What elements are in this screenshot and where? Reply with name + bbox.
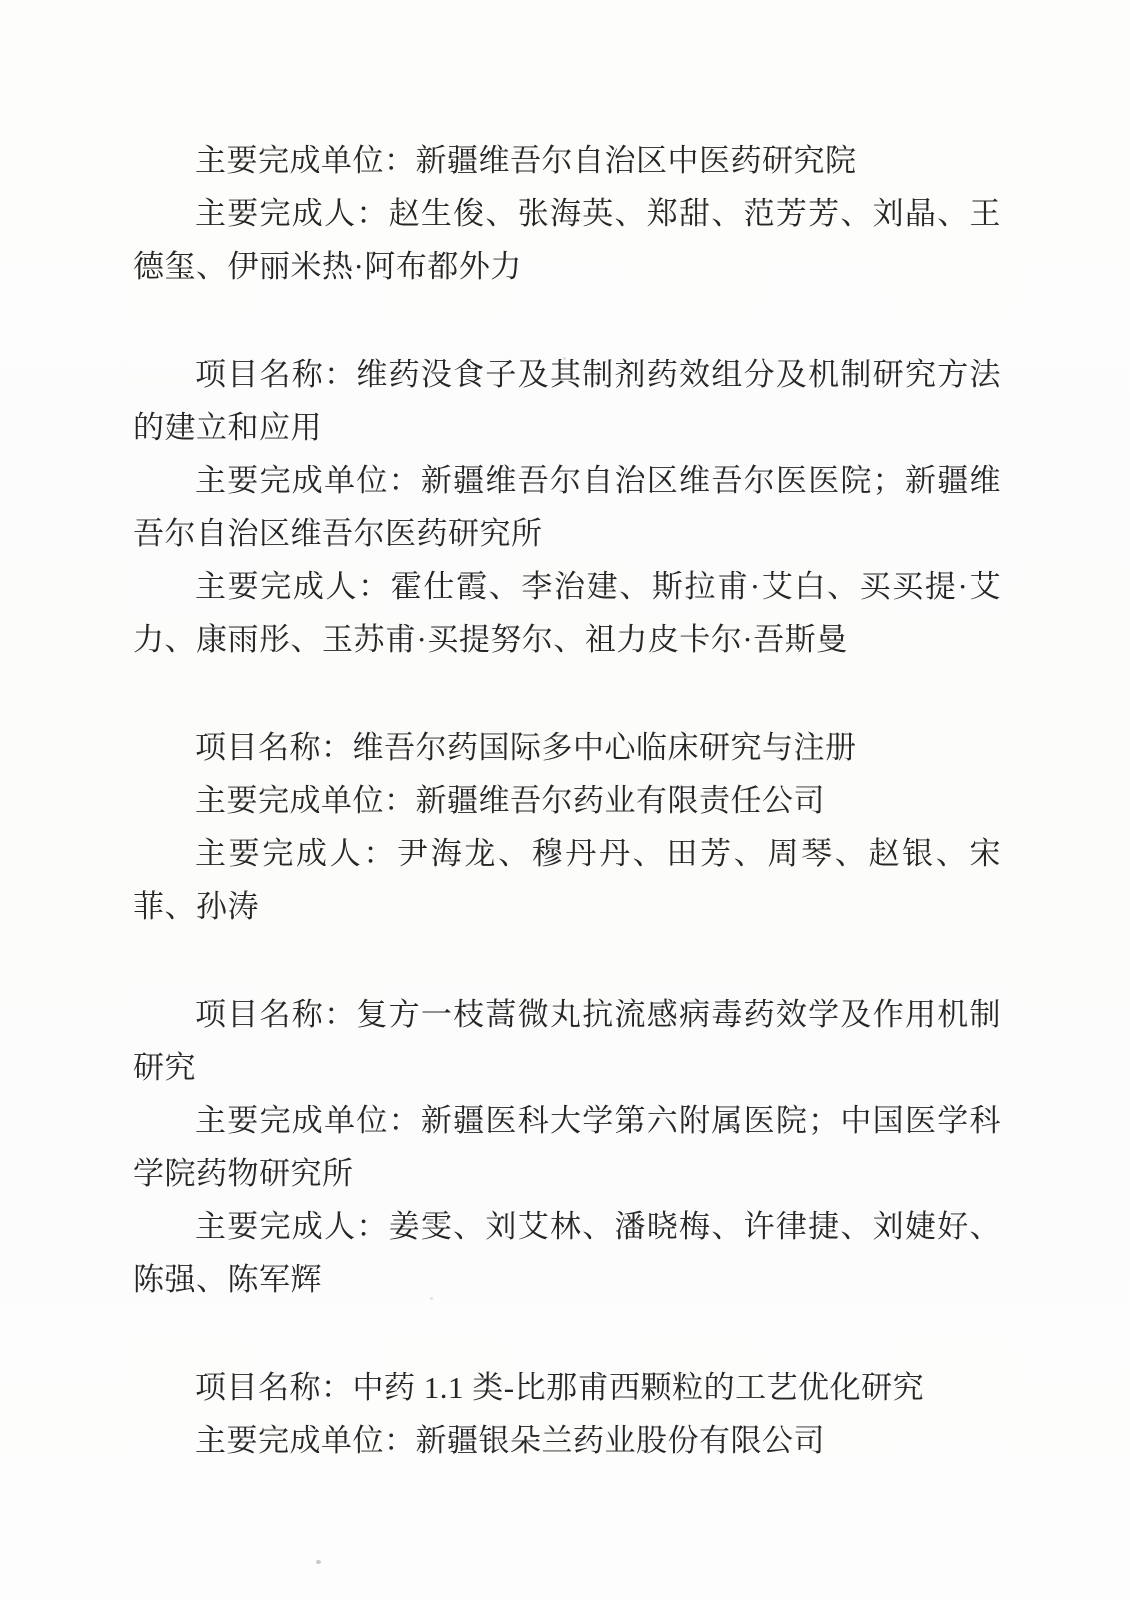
award-block-2: 项目名称：维药没食子及其制剂药效组分及机制研究方法的建立和应用 主要完成单位：新… (133, 348, 1001, 666)
scan-artifact-speck (430, 1297, 433, 1300)
scan-artifact-speck (563, 357, 566, 360)
main-units-line: 主要完成单位：新疆银朵兰药业股份有限公司 (133, 1414, 1001, 1467)
main-people-line: 主要完成人：赵生俊、张海英、郑甜、范芳芳、刘晶、王德玺、伊丽米热·阿布都外力 (133, 187, 1001, 293)
document-text-area: 主要完成单位：新疆维吾尔自治区中医药研究院 主要完成人：赵生俊、张海英、郑甜、范… (133, 134, 1001, 1467)
main-people-line: 主要完成人：尹海龙、穆丹丹、田芳、周琴、赵银、宋菲、孙涛 (133, 827, 1001, 933)
award-block-4: 项目名称：复方一枝蒿微丸抗流感病毒药效学及作用机制研究 主要完成单位：新疆医科大… (133, 988, 1001, 1306)
award-block-5: 项目名称：中药 1.1 类-比那甫西颗粒的工艺优化研究 主要完成单位：新疆银朵兰… (133, 1361, 1001, 1467)
project-name-line: 项目名称：维药没食子及其制剂药效组分及机制研究方法的建立和应用 (133, 348, 1001, 454)
main-units-line: 主要完成单位：新疆医科大学第六附属医院；中国医学科学院药物研究所 (133, 1094, 1001, 1200)
main-people-line: 主要完成人：霍仕霞、李治建、斯拉甫·艾白、买买提·艾力、康雨彤、玉苏甫·买提努尔… (133, 560, 1001, 666)
main-people-line: 主要完成人：姜雯、刘艾林、潘晓梅、许律捷、刘婕好、陈强、陈军辉 (133, 1200, 1001, 1306)
award-block-3: 项目名称：维吾尔药国际多中心临床研究与注册 主要完成单位：新疆维吾尔药业有限责任… (133, 721, 1001, 933)
main-units-line: 主要完成单位：新疆维吾尔自治区维吾尔医医院；新疆维吾尔自治区维吾尔医药研究所 (133, 454, 1001, 560)
project-name-line: 项目名称：复方一枝蒿微丸抗流感病毒药效学及作用机制研究 (133, 988, 1001, 1094)
main-units-line: 主要完成单位：新疆维吾尔自治区中医药研究院 (133, 134, 1001, 187)
scanned-document-page: 主要完成单位：新疆维吾尔自治区中医药研究院 主要完成人：赵生俊、张海英、郑甜、范… (0, 0, 1130, 1600)
scan-artifact-speck (316, 1560, 321, 1564)
award-block-1: 主要完成单位：新疆维吾尔自治区中医药研究院 主要完成人：赵生俊、张海英、郑甜、范… (133, 134, 1001, 293)
main-units-line: 主要完成单位：新疆维吾尔药业有限责任公司 (133, 774, 1001, 827)
project-name-line: 项目名称：中药 1.1 类-比那甫西颗粒的工艺优化研究 (133, 1361, 1001, 1414)
project-name-line: 项目名称：维吾尔药国际多中心临床研究与注册 (133, 721, 1001, 774)
